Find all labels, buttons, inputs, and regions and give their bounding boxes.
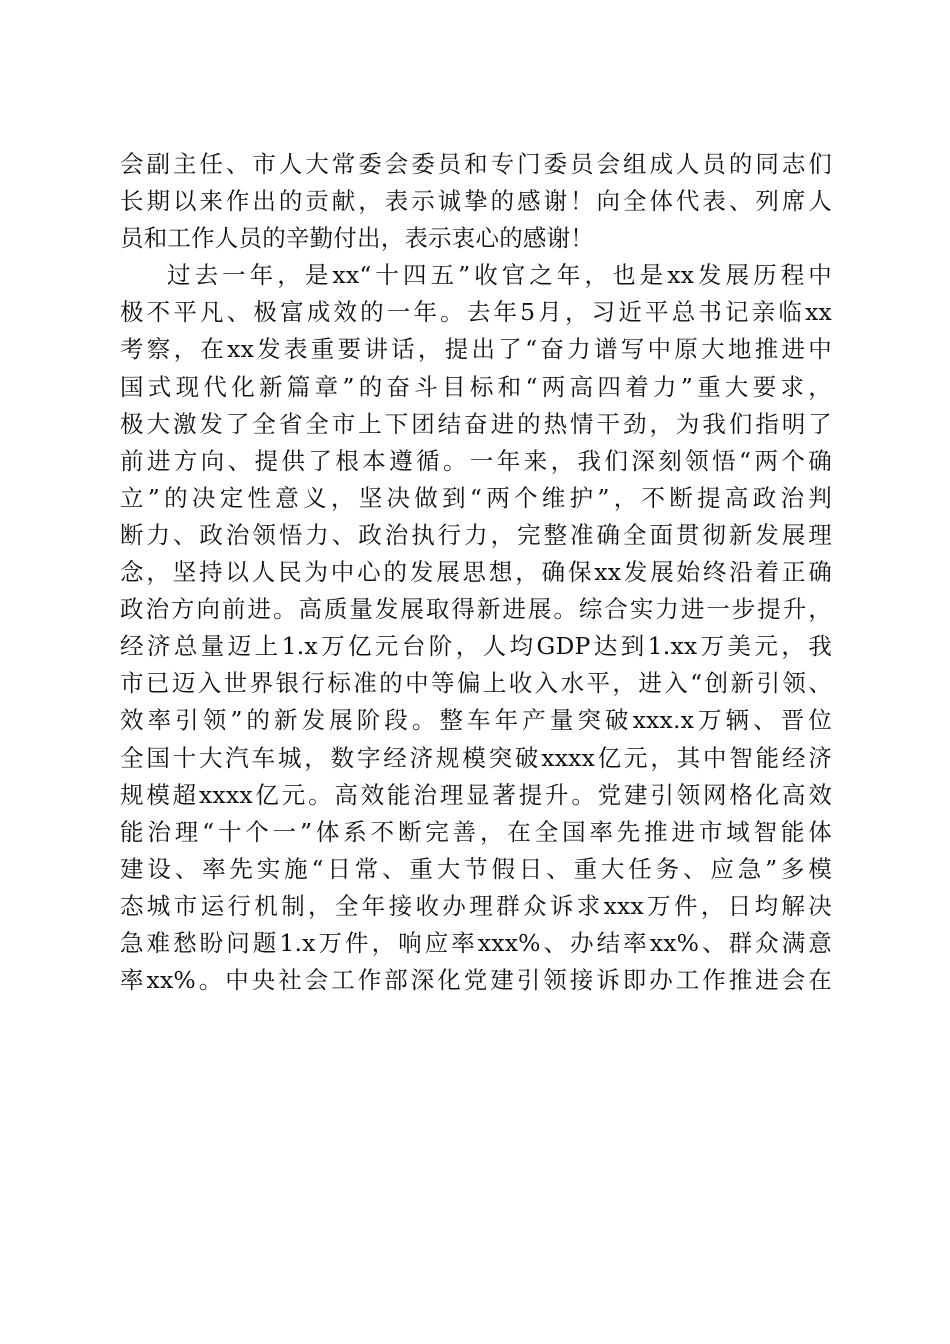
text-line: 考察，在xx发表重要讲话，提出了“奋力谱写中原大地推进中 [120,331,832,368]
text-line: 断力、政治领悟力、政治执行力，完整准确全面贯彻新发展理 [120,517,832,554]
text-line: 率xx%。中央社会工作部深化党建引领接诉即办工作推进会在 [120,962,832,999]
paragraph-start-line: 过去一年，是xx“十四五”收官之年，也是xx发展历程中 [120,257,832,294]
text-line: 会副主任、市人大常委会委员和专门委员会组成人员的同志们 [120,146,832,183]
text-line: 立”的决定性意义，坚决做到“两个维护”，不断提高政治判 [120,480,832,517]
text-line: 全国十大汽车城，数字经济规模突破xxxx亿元，其中智能经济 [120,740,832,777]
text-line: 员和工作人员的辛勤付出，表示衷心的感谢！ [120,220,832,257]
document-body: 会副主任、市人大常委会委员和专门委员会组成人员的同志们 长期以来作出的贡献，表示… [120,146,832,999]
text-line: 极不平凡、极富成效的一年。去年5月，习近平总书记亲临xx [120,294,832,331]
text-line: 念，坚持以人民为中心的发展思想，确保xx发展始终沿着正确 [120,554,832,591]
text-line: 长期以来作出的贡献，表示诚挚的感谢！向全体代表、列席人 [120,183,832,220]
text-line: 效率引领”的新发展阶段。整车年产量突破xxx.x万辆、晋位 [120,702,832,739]
text-line: 态城市运行机制，全年接收办理群众诉求xxx万件，日均解决 [120,888,832,925]
document-page: 会副主任、市人大常委会委员和专门委员会组成人员的同志们 长期以来作出的贡献，表示… [0,0,950,1344]
text-line: 前进方向、提供了根本遵循。一年来，我们深刻领悟“两个确 [120,443,832,480]
text-line: 规模超xxxx亿元。高效能治理显著提升。党建引领网格化高效 [120,777,832,814]
text-line: 政治方向前进。高质量发展取得新进展。综合实力进一步提升， [120,591,832,628]
text-line: 国式现代化新篇章”的奋斗目标和“两高四着力”重大要求， [120,369,832,406]
text-line: 急难愁盼问题1.x万件，响应率xxx%、办结率xx%、群众满意 [120,925,832,962]
text-line: 建设、率先实施“日常、重大节假日、重大任务、应急”多模 [120,851,832,888]
text-line: 经济总量迈上1.x万亿元台阶，人均GDP达到1.xx万美元，我 [120,628,832,665]
text-line: 市已迈入世界银行标准的中等偏上收入水平，进入“创新引领、 [120,665,832,702]
text-line: 能治理“十个一”体系不断完善，在全国率先推进市域智能体 [120,814,832,851]
text-line: 极大激发了全省全市上下团结奋进的热情干劲，为我们指明了 [120,406,832,443]
